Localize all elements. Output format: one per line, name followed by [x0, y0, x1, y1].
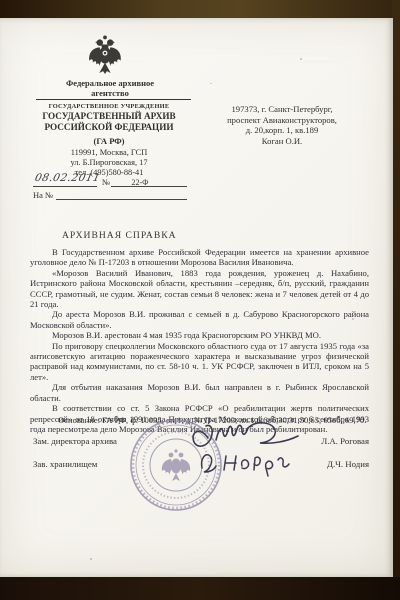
institution-abbreviation: (ГА РФ)	[14, 135, 204, 148]
photo-background-top	[0, 0, 400, 18]
paragraph: «Морозов Василий Иванович, 1883 года рож…	[30, 268, 369, 310]
photo-background-bottom	[0, 577, 400, 600]
institution-name-line2: РОССИЙСКОЙ ФЕДЕРАЦИИ	[14, 122, 204, 133]
scan-speck	[300, 58, 302, 60]
scan-speck	[352, 318, 354, 320]
signature-row-deputy-director: Зам. директора архива Л.А. Роговая	[33, 436, 369, 446]
reference-label: На №	[33, 190, 53, 200]
signature-name: Л.А. Роговая	[321, 436, 369, 446]
signature-name: Д.Ч. Нодия	[327, 459, 369, 469]
scan-speck	[210, 83, 212, 84]
coat-of-arms-eagle-icon	[86, 34, 124, 76]
photo-background-right-edge	[392, 0, 400, 600]
recipient-address-block: 197373, г. Санкт-Петербург, проспект Ави…	[186, 104, 378, 146]
recipient-name: Коган О.И.	[186, 136, 378, 147]
paragraph: В Государственном архиве Российской Феде…	[30, 247, 369, 268]
institution-address-line2: ул. Б.Пироговская, 17	[14, 158, 204, 168]
number-underline	[111, 186, 187, 187]
recipient-street: проспект Авиаконструкторов,	[186, 115, 378, 126]
agency-name-line1: Федеральное архивное	[20, 78, 200, 88]
date-underline	[33, 186, 97, 187]
letterhead-divider	[36, 99, 191, 100]
agency-name: Федеральное архивное агентство	[20, 78, 200, 98]
signature-row-storage-head: Зав. хранилищем Д.Ч. Нодия	[33, 459, 369, 469]
reference-underline	[56, 199, 187, 200]
institution-type: ГОСУДАРСТВЕННОЕ УЧРЕЖДЕНИЕ	[14, 102, 204, 111]
scan-speck	[90, 558, 92, 560]
reference-row: На №	[33, 190, 193, 202]
agency-name-line2: агентство	[20, 88, 200, 98]
recipient-postal-city: 197373, г. Санкт-Петербург,	[186, 104, 378, 115]
institution-address-line1: 119991, Москва, ГСП	[14, 148, 204, 158]
paragraph: До ареста Морозов В.И. проживал с семьей…	[30, 309, 369, 330]
number-label: №	[102, 177, 110, 187]
paragraph: По приговору спецколлегии Московского об…	[30, 341, 369, 383]
document-title: АРХИВНАЯ СПРАВКА	[62, 230, 177, 241]
paragraph: Для отбытия наказания Морозов В.И. был н…	[30, 382, 369, 403]
date-number-row: 08.02.2011 №	[33, 176, 193, 190]
institution-name-line1: ГОСУДАРСТВЕННЫЙ АРХИВ	[14, 111, 204, 122]
signature-position: Зав. хранилищем	[33, 459, 97, 469]
paragraph: Морозов В.И. арестован 4 мая 1935 года К…	[30, 330, 369, 340]
recipient-building: д. 20,корп. 1, кв.189	[186, 125, 378, 136]
handwritten-date: 08.02.2011	[34, 172, 99, 184]
document-body: В Государственном архиве Российской Феде…	[30, 247, 369, 434]
signature-position: Зам. директора архива	[33, 436, 117, 446]
document-page: Федеральное архивное агентство ГОСУДАРСТ…	[0, 18, 393, 577]
